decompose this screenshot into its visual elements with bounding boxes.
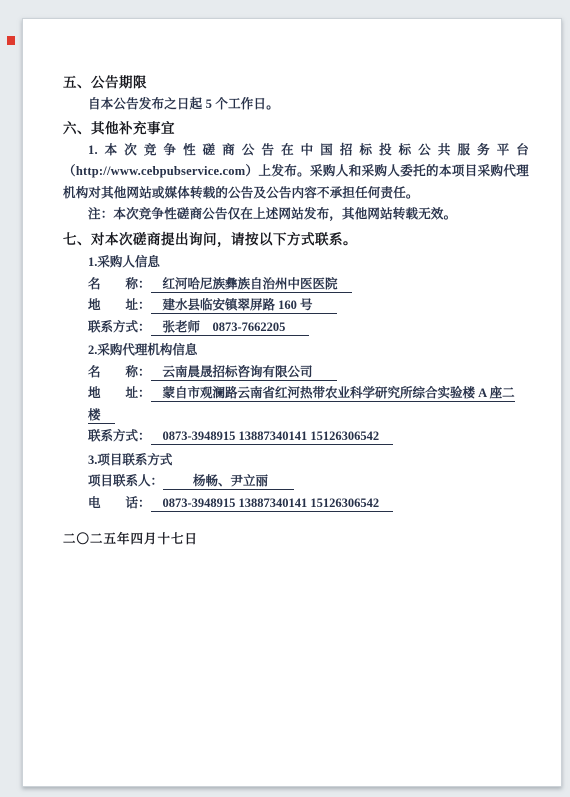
section-7-heading: 七、对本次磋商提出询问，请按以下方式联系。 bbox=[63, 229, 529, 251]
agency-address-value: 蒙自市观澜路云南省红河热带农业科学研究所综合实验楼 A 座二楼 bbox=[88, 386, 515, 424]
section-6-heading: 六、其他补充事宜 bbox=[63, 118, 529, 140]
agency-name-label: 名 称： bbox=[88, 365, 151, 379]
project-contact-title: 3.项目联系方式 bbox=[88, 450, 529, 472]
purchaser-contact-value: 张老师 0873-7662205 bbox=[151, 320, 310, 336]
agency-contact-row: 联系方式：0873-3948915 13887340141 1512630654… bbox=[88, 426, 529, 448]
section-6-paragraph-note: 注：本次竞争性磋商公告仅在上述网站发布，其他网站转载无效。 bbox=[63, 204, 529, 226]
agency-contact-value: 0873-3948915 13887340141 15126306542 bbox=[151, 429, 394, 445]
purchaser-name-label: 名 称： bbox=[88, 277, 151, 291]
agency-address-row: 地 址：蒙自市观澜路云南省红河热带农业科学研究所综合实验楼 A 座二楼 bbox=[88, 383, 529, 426]
purchaser-name-value: 红河哈尼族彝族自治州中医医院 bbox=[151, 277, 352, 293]
purchaser-name-row: 名 称：红河哈尼族彝族自治州中医医院 bbox=[88, 274, 529, 296]
project-phone-value: 0873-3948915 13887340141 15126306542 bbox=[151, 496, 394, 512]
agency-name-row: 名 称：云南晨晟招标咨询有限公司 bbox=[88, 362, 529, 384]
project-phone-label: 电 话： bbox=[88, 496, 151, 510]
project-contact-person-row: 项目联系人：杨畅、尹立丽 bbox=[88, 471, 529, 493]
agency-info-title: 2.采购代理机构信息 bbox=[88, 340, 529, 362]
agency-name-value: 云南晨晟招标咨询有限公司 bbox=[151, 365, 337, 381]
section-5-heading: 五、公告期限 bbox=[63, 72, 529, 94]
document-page: 五、公告期限 自本公告发布之日起 5 个工作日。 六、其他补充事宜 1.本次竞争… bbox=[22, 18, 562, 787]
purchaser-contact-row: 联系方式：张老师 0873-7662205 bbox=[88, 317, 529, 339]
agency-contact-label: 联系方式： bbox=[88, 429, 151, 443]
section-5-paragraph: 自本公告发布之日起 5 个工作日。 bbox=[63, 94, 529, 116]
purchaser-info-title: 1.采购人信息 bbox=[88, 252, 529, 274]
date-line: 二〇二五年四月十七日 bbox=[63, 529, 529, 551]
project-contact-person-value: 杨畅、尹立丽 bbox=[163, 474, 294, 490]
purchaser-contact-label: 联系方式： bbox=[88, 320, 151, 334]
section-6-paragraph-publish: 1.本次竞争性磋商公告在中国招标投标公共服务平台（http://www.cebp… bbox=[63, 140, 529, 205]
project-phone-row: 电 话：0873-3948915 13887340141 15126306542 bbox=[88, 493, 529, 515]
purchaser-address-value: 建水县临安镇翠屏路 160 号 bbox=[151, 298, 337, 314]
agency-address-label: 地 址： bbox=[88, 386, 151, 400]
purchaser-address-label: 地 址： bbox=[88, 298, 151, 312]
red-annotation-mark bbox=[7, 36, 15, 45]
project-contact-person-label: 项目联系人： bbox=[88, 474, 163, 488]
purchaser-address-row: 地 址：建水县临安镇翠屏路 160 号 bbox=[88, 295, 529, 317]
